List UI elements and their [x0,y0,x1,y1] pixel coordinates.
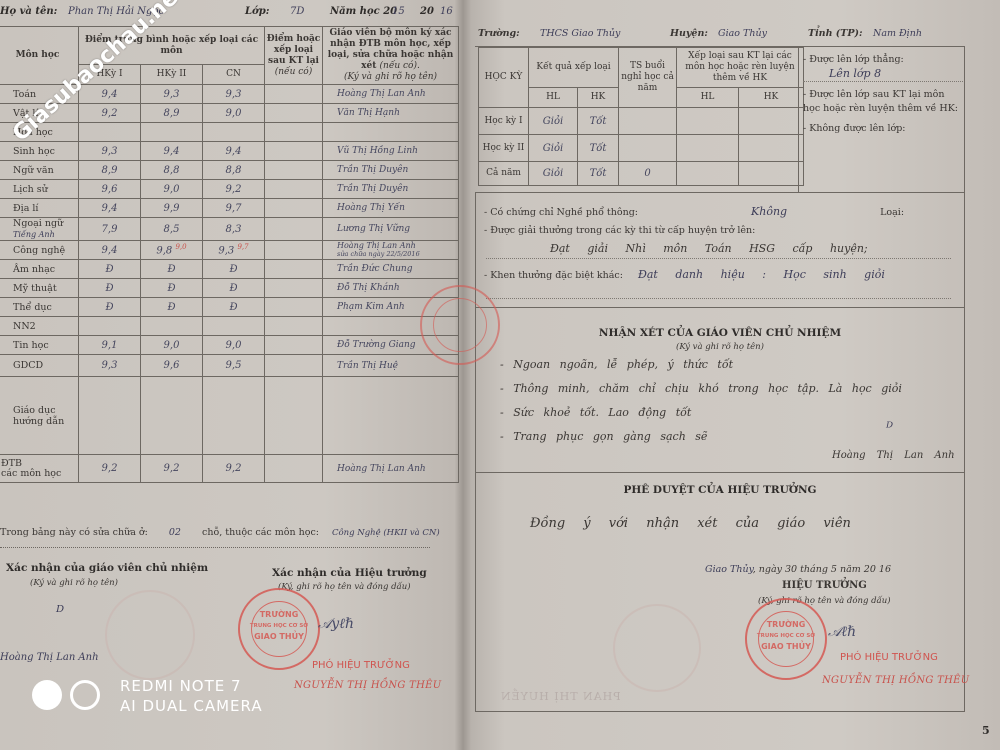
grade-cn: 9,0 [203,336,265,355]
result-hk: Tốt [578,135,619,162]
right-official-title: PHÓ HIỆU TRƯỞNG [840,652,938,663]
homeroom-confirm-sub: (Ký và ghi rõ họ tên) [30,578,118,588]
homeroom-comment-sub: (Ký và ghi rõ họ tên) [475,342,965,352]
province-label: Tỉnh (TP): [808,28,863,39]
approval-top-border [475,472,965,473]
special-value: Đạt danh hiệu : Học sinh giỏi [638,268,885,281]
right-principal-signature-icon: 𝒜ℓℏ [828,624,856,641]
teacher-signature: Hoàng Thị Lan Anhsửa chữa ngày 22/5/2016 [323,241,459,260]
teacher-name: Vũ Thị Hồng Linh [337,146,418,156]
comment-line-3: - Sức khoẻ tốt. Lao động tốt [500,406,691,419]
stamp-line-3: GIAO THỦY [240,632,318,642]
table-row: Tin học9,19,09,0Đỗ Trường Giang [0,336,459,355]
teacher-name: Trần Đức Chung [337,264,412,274]
results-table: HỌC KỲ Kết quả xếp loại TS buổi nghỉ học… [478,47,804,186]
bleed-through-name: PHAN THỊ HUYỀN [500,690,621,703]
table-row: Ngữ văn8,98,88,8Trần Thị Duyên [0,161,459,180]
promo-left-border [798,46,799,192]
table-row: Địa lí9,49,99,7Hoàng Thị Yến [0,199,459,218]
grade-hk1: 8,9 [79,161,141,180]
grade-cn [203,377,265,455]
awards-dotline [486,258,951,259]
grade-retest [265,180,323,199]
grade-cn: 9,3 9,7 [203,241,265,260]
grade-retest [265,85,323,104]
grade-retest [265,161,323,180]
subject-name: Sinh học [0,142,79,161]
teacher-signature: Trần Đức Chung [323,260,459,279]
table-row: Âm nhạcĐĐĐTrần Đức Chung [0,260,459,279]
grade-hk1: Đ [79,260,141,279]
grade-cn: 8,8 [203,161,265,180]
province-value: Nam Định [873,28,922,39]
homeroom-confirm-title: Xác nhận của giáo viên chủ nhiệm [6,562,208,574]
term-label: Học kỳ I [479,108,529,135]
result-retest-hl [677,162,739,186]
table-row: Lịch sử9,69,09,2Trần Thị Duyên [0,180,459,199]
grade-cn: 9,0 [203,104,265,123]
subject-label: Ngữ văn [13,165,54,176]
header-retest: Điểm hoặc xếp loại sau KT lại (nếu có) [265,27,323,85]
grade-hk2-value: 8,5 [164,224,180,235]
term-label: Cả năm [479,162,529,186]
type-label: Loại: [880,207,904,218]
camera-line-2: AI DUAL CAMERA [120,696,263,716]
grade-cn-value: 9,5 [226,360,242,371]
teacher-name: Phạm Kim Anh [337,302,405,312]
grade-cn: Đ [203,298,265,317]
grade-hk2-value: 8,8 [164,165,180,176]
results-top-border [475,46,965,47]
subject-label: Mỹ thuật [13,283,57,294]
header-absences: TS buổi nghỉ học cả năm [619,48,677,108]
grade-cn-value: 9,0 [226,108,242,119]
approval-place: Giao Thủy [705,564,753,575]
comment-line-2: - Thông minh, chăm chỉ chịu khó trong họ… [500,382,902,395]
average-cn: 9,2 [203,455,265,483]
grade-cn-value: 9,3 [218,246,234,257]
subject-label: GDCD [13,360,43,371]
grade-hk2: Đ [141,298,203,317]
grade-hk2-value: 9,4 [164,146,180,157]
teacher-name: Hoàng Thị Yến [337,203,405,213]
header-result: Kết quả xếp loại [529,48,619,88]
special-line: - Khen thưởng đặc biệt khác: Đạt danh hi… [484,268,885,281]
comment-top-border [475,307,965,308]
header-retest-conduct: Xếp loại sau KT lại các môn học hoặc rèn… [677,48,804,88]
result-retest-hk [739,135,804,162]
subject-label: Thể dục [13,302,52,313]
camera-text: REDMI NOTE 7 AI DUAL CAMERA [120,676,263,716]
subject-name: Tin học [0,336,79,355]
school-label: Trường: [478,28,520,39]
table-row: Ngoại ngữTiếng Anh7,98,58,3Lương Thị Vữn… [0,218,459,241]
principal-approval-title: PHÊ DUYỆT CỦA HIỆU TRƯỞNG [475,484,965,496]
homeroom-name: Hoàng Thị Lan Anh [0,652,99,663]
awards-label: - Được giải thưởng trong các kỳ thi từ c… [484,225,755,236]
header-retest-hl: HL [677,88,739,108]
left-official-title: PHÓ HIỆU TRƯỞNG [312,660,410,671]
teacher-name: Đỗ Trường Giang [337,340,416,350]
subject-label: Sinh học [13,146,55,157]
subject-label: Âm nhạc [13,264,55,275]
promotion-box: - Được lên lớp thẳng: Lên lớp 8 - Được l… [803,53,963,136]
teacher-signature: Trần Thị Duyên [323,180,459,199]
header-retest-label: Điểm hoặc xếp loại sau KT lại [267,34,321,66]
teacher-signature [323,377,459,455]
dotted-divider [0,547,430,548]
header-hk: HK [578,88,619,108]
subject-label: Công nghệ [13,245,65,256]
results-bottom-border [475,192,965,193]
table-row: NN2 [0,317,459,336]
term-label: Học kỳ II [479,135,529,162]
grade-retest [265,142,323,161]
faded-stamp-icon [105,590,195,680]
grade-hk2-value: 9,8 [156,246,172,257]
subject-name: Âm nhạc [0,260,79,279]
principal-confirm-sub: (Ký, ghi rõ họ tên và đóng dấu) [278,582,411,592]
name-label: Họ và tên: [0,6,57,17]
principal-confirm-title: Xác nhận của Hiệu trưởng [272,567,427,579]
year-label: Năm học 20 [330,6,397,17]
corrections-mid: chỗ, thuộc các môn học: [202,527,319,538]
awards-value: Đạt giải Nhì môn Toán HSG cấp huyện; [550,242,868,255]
grade-retest [265,241,323,260]
teacher-signature: Văn Thị Hạnh [323,104,459,123]
subject-name: GDCD [0,355,79,377]
right-official-name: NGUYỄN THỊ HỒNG THÊU [822,675,969,686]
page-number: 5 [982,724,990,737]
camera-dot-filled-icon [32,680,62,710]
grade-hk1: Đ [79,279,141,298]
grade-hk1: 9,1 [79,336,141,355]
average-label-2: các môn học [1,468,61,479]
average-teacher: Hoàng Thị Lan Anh [323,455,459,483]
grade-hk2-value: 9,9 [164,203,180,214]
approval-date-line: Giao Thủy, ngày 30 tháng 5 năm 20 16 [705,564,891,575]
result-absences: 0 [619,162,677,186]
district-label: Huyện: [670,28,708,39]
homeroom-sign-mark-icon: ᴰ [886,420,893,436]
grade-hk2: 9,3 [141,85,203,104]
subject-label: Giáo dục hướng dẫn [13,405,64,427]
grade-hk2: 9,4 [141,142,203,161]
grade-cn: 8,3 [203,218,265,241]
grade-hk2 [141,317,203,336]
grade-hk2: 8,8 [141,161,203,180]
grade-hk1: 9,6 [79,180,141,199]
camera-dot-ring-icon [70,680,100,710]
grade-cn-value: Đ [229,283,237,294]
principal-signature-icon: 𝒜yℓℏ [318,616,354,633]
header-teacher-note: (nếu có). [380,61,420,71]
grade-hk2-value: 9,6 [164,360,180,371]
header-teacher-sign: (Ký và ghi rõ họ tên) [344,72,437,82]
grade-retest [265,377,323,455]
grade-hk2-value: Đ [167,264,175,275]
average-hk1: 9,2 [79,455,141,483]
grade-hk1: 9,2 [79,104,141,123]
teacher-name: Trần Thị Huệ [337,361,398,371]
grade-hk2-value: 9,0 [164,184,180,195]
grade-cn: 9,7 [203,199,265,218]
grade-cn-value: 8,3 [226,224,242,235]
result-hk: Tốt [578,108,619,135]
subject-name: Thể dục [0,298,79,317]
stamp-line-1: TRƯỜNG [240,610,318,620]
grade-hk1 [79,317,141,336]
grade-cn-correction: 9,7 [237,243,248,251]
table-row: Mỹ thuậtĐĐĐĐỗ Thị Khánh [0,279,459,298]
subject-name: Mỹ thuật [0,279,79,298]
class-value: 7D [290,6,304,17]
grade-hk2: Đ [141,260,203,279]
grade-cn-value: Đ [229,264,237,275]
promo-retest-label: - Được lên lớp sau KT lại môn học hoặc r… [803,88,963,116]
result-retest-hk [739,108,804,135]
stamp-line-2: TRUNG HỌC CƠ SỞ [240,621,318,631]
year-start: 15 [392,6,405,17]
subject-note: Tiếng Anh [13,230,55,239]
subject-name: Công nghệ [0,241,79,260]
grade-hk1: 7,9 [79,218,141,241]
result-retest-hl [677,135,739,162]
grade-hk2: 9,9 [141,199,203,218]
left-official-name: NGUYỄN THỊ HỒNG THÊU [294,680,441,691]
result-hl: Giỏi [529,162,578,186]
grade-cn-value: 9,0 [226,340,242,351]
average-retest [265,455,323,483]
homeroom-comment-title: NHẬN XÉT CỦA GIÁO VIÊN CHỦ NHIỆM [475,327,965,339]
grade-hk2-value: 9,3 [164,89,180,100]
grade-hk2: 9,0 [141,180,203,199]
comment-line-1: - Ngoan ngoãn, lễ phép, ý thức tốt [500,358,733,371]
student-header: Họ và tên: Phan Thị Hải Ngọc Lớp: 7D Năm… [0,2,460,24]
header-term: HỌC KỲ [479,48,529,108]
grade-cn: 9,3 [203,85,265,104]
teacher-signature: Vũ Thị Hồng Linh [323,142,459,161]
table-row: GDCD9,39,69,5Trần Thị Huệ [0,355,459,377]
teacher-note: sửa chữa ngày 22/5/2016 [337,250,420,258]
subject-name: Ngoại ngữTiếng Anh [0,218,79,241]
year-sep: 20 [420,6,434,17]
grade-hk2: 9,0 [141,336,203,355]
grade-retest [265,218,323,241]
grade-retest [265,298,323,317]
district-value: Giao Thủy [718,28,767,39]
grade-cn: 9,4 [203,142,265,161]
vocational-value: Không [751,205,787,218]
homeroom-signature-icon: ᴰ [56,602,64,621]
subject-name: Giáo dục hướng dẫn [0,377,79,455]
corrections-prefix: Trong bảng này có sửa chữa ở: [0,527,148,538]
teacher-signature: Trần Thị Duyên [323,161,459,180]
grade-hk2 [141,377,203,455]
subject-name: Lịch sử [0,180,79,199]
corrections-count: 02 [169,527,181,538]
grade-cn-value: 9,3 [226,89,242,100]
result-row: Học kỳ IIGiỏiTốt [479,135,804,162]
table-row: Sinh học9,39,49,4Vũ Thị Hồng Linh [0,142,459,161]
bleed-stamp-icon [420,285,500,365]
result-hl: Giỏi [529,108,578,135]
grade-retest [265,104,323,123]
grade-cn: Đ [203,260,265,279]
corrections-line: Trong bảng này có sửa chữa ở: 02 chỗ, th… [0,527,450,538]
right-stamp-line-2: TRUNG HỌC CƠ SỞ [747,631,825,641]
subject-name: NN2 [0,317,79,336]
table-row: Thể dụcĐĐĐPhạm Kim Anh [0,298,459,317]
grade-retest [265,355,323,377]
approval-role: HIỆU TRƯỞNG [782,580,867,591]
average-row: ĐTB các môn học 9,2 9,2 9,2 Hoàng Thị La… [0,455,459,483]
promo-right-border [964,46,965,192]
grade-hk2-value: 8,9 [164,108,180,119]
table-row: Giáo dục hướng dẫn [0,377,459,455]
result-row: Cả nămGiỏiTốt0 [479,162,804,186]
subject-label: Ngoại ngữ [13,218,63,229]
corrections-subject: Công Nghệ (HKII và CN) [332,528,440,538]
grade-hk2: Đ [141,279,203,298]
year-end: 16 [440,6,453,17]
teacher-name: Lương Thị Vững [337,224,410,234]
grade-retest [265,260,323,279]
grade-hk2-value: Đ [167,302,175,313]
result-retest-hk [739,162,804,186]
subject-label: NN2 [13,321,36,332]
camera-line-1: REDMI NOTE 7 [120,676,263,696]
grade-hk2-correction: 9,0 [175,243,186,251]
promo-direct-value: Lên lớp 8 [803,67,963,82]
grade-retest [265,317,323,336]
subject-name: Ngữ văn [0,161,79,180]
grade-cn: 9,5 [203,355,265,377]
grade-retest [265,336,323,355]
grade-hk2 [141,123,203,142]
grade-cn-value: 8,8 [226,165,242,176]
subject-label: Địa lí [13,203,38,214]
grade-hk1: 9,3 [79,355,141,377]
subject-label: Tin học [13,340,49,351]
homeroom-signer: Hoàng Thị Lan Anh [832,450,955,461]
grade-cn-value: 9,7 [226,203,242,214]
grade-hk2: 9,6 [141,355,203,377]
grade-cn-value: 9,4 [226,146,242,157]
grade-hk2: 8,5 [141,218,203,241]
grade-hk2-value: 9,0 [164,340,180,351]
table-row: Hóa học [0,123,459,142]
grade-hk2-value: Đ [167,283,175,294]
average-label: ĐTB các môn học [0,455,79,483]
result-absences [619,108,677,135]
grade-cn: Đ [203,279,265,298]
average-hk2: 9,2 [141,455,203,483]
grade-retest [265,123,323,142]
school-value: THCS Giao Thủy [540,28,620,39]
teacher-name: Hoàng Thị Lan Anh [337,89,426,99]
grade-hk1: 9,4 [79,241,141,260]
result-absences [619,135,677,162]
grade-cn-value: 9,2 [226,184,242,195]
teacher-name: Hoàng Thị Lan Anh [337,241,416,250]
grade-cn: 9,2 [203,180,265,199]
school-stamp-icon: TRƯỜNG TRUNG HỌC CƠ SỞ GIAO THỦY [238,588,320,670]
header-hl: HL [529,88,578,108]
teacher-signature: Hoàng Thị Lan Anh [323,85,459,104]
grade-hk1: Đ [79,298,141,317]
result-retest-hl [677,108,739,135]
grade-cn-value: Đ [229,302,237,313]
promo-not-promoted-label: - Không được lên lớp: [803,122,963,136]
result-hl: Giỏi [529,135,578,162]
subject-label: Lịch sử [13,184,48,195]
grade-hk2: 8,9 [141,104,203,123]
teacher-name: Đỗ Thị Khánh [337,283,400,293]
class-label: Lớp: [245,6,269,17]
bleed-faded-stamp-icon [613,604,701,692]
grade-retest [265,199,323,218]
right-stamp-line-3: GIAO THỦY [747,642,825,652]
grade-retest [265,279,323,298]
result-hk: Tốt [578,162,619,186]
table-row: Công nghệ9,49,8 9,09,3 9,7Hoàng Thị Lan … [0,241,459,260]
subject-name: Địa lí [0,199,79,218]
grade-hk1: 9,4 [79,199,141,218]
teacher-name: Văn Thị Hạnh [337,108,400,118]
teacher-signature: Hoàng Thị Yến [323,199,459,218]
approval-date: , ngày 30 tháng 5 năm 20 16 [753,564,891,575]
teacher-signature [323,123,459,142]
header-cn: CN [203,65,265,85]
grade-hk1: 9,3 [79,142,141,161]
principal-comment: Đồng ý với nhận xét của giáo viên [530,516,851,531]
teacher-name: Trần Thị Duyên [337,165,408,175]
vocational-line: - Có chứng chỉ Nghề phổ thông: Không Loạ… [484,205,904,218]
grade-hk2: 9,8 9,0 [141,241,203,260]
grade-hk1 [79,377,141,455]
header-teacher: Giáo viên bộ môn ký xác nhận ĐTB môn học… [323,27,459,85]
teacher-signature: Lương Thị Vững [323,218,459,241]
grade-cn [203,123,265,142]
vocational-label: - Có chứng chỉ Nghề phổ thông: [484,207,638,218]
grade-cn [203,317,265,336]
teacher-name: Trần Thị Duyên [337,184,408,194]
special-label: - Khen thưởng đặc biệt khác: [484,270,623,281]
result-row: Học kỳ IGiỏiTốt [479,108,804,135]
special-dotline [486,298,951,299]
header-retest-hk: HK [739,88,804,108]
promo-direct-label: - Được lên lớp thẳng: [803,53,963,67]
right-school-stamp-icon: TRƯỜNG TRUNG HỌC CƠ SỞ GIAO THỦY [745,598,827,680]
header-hk2: HKỳ II [141,65,203,85]
comment-line-4: - Trang phục gọn gàng sạch sẽ [500,430,707,443]
subject-label: Toán [13,89,36,100]
right-stamp-line-1: TRƯỜNG [747,620,825,630]
grade-hk1 [79,123,141,142]
header-retest-note: (nếu có) [275,67,312,77]
